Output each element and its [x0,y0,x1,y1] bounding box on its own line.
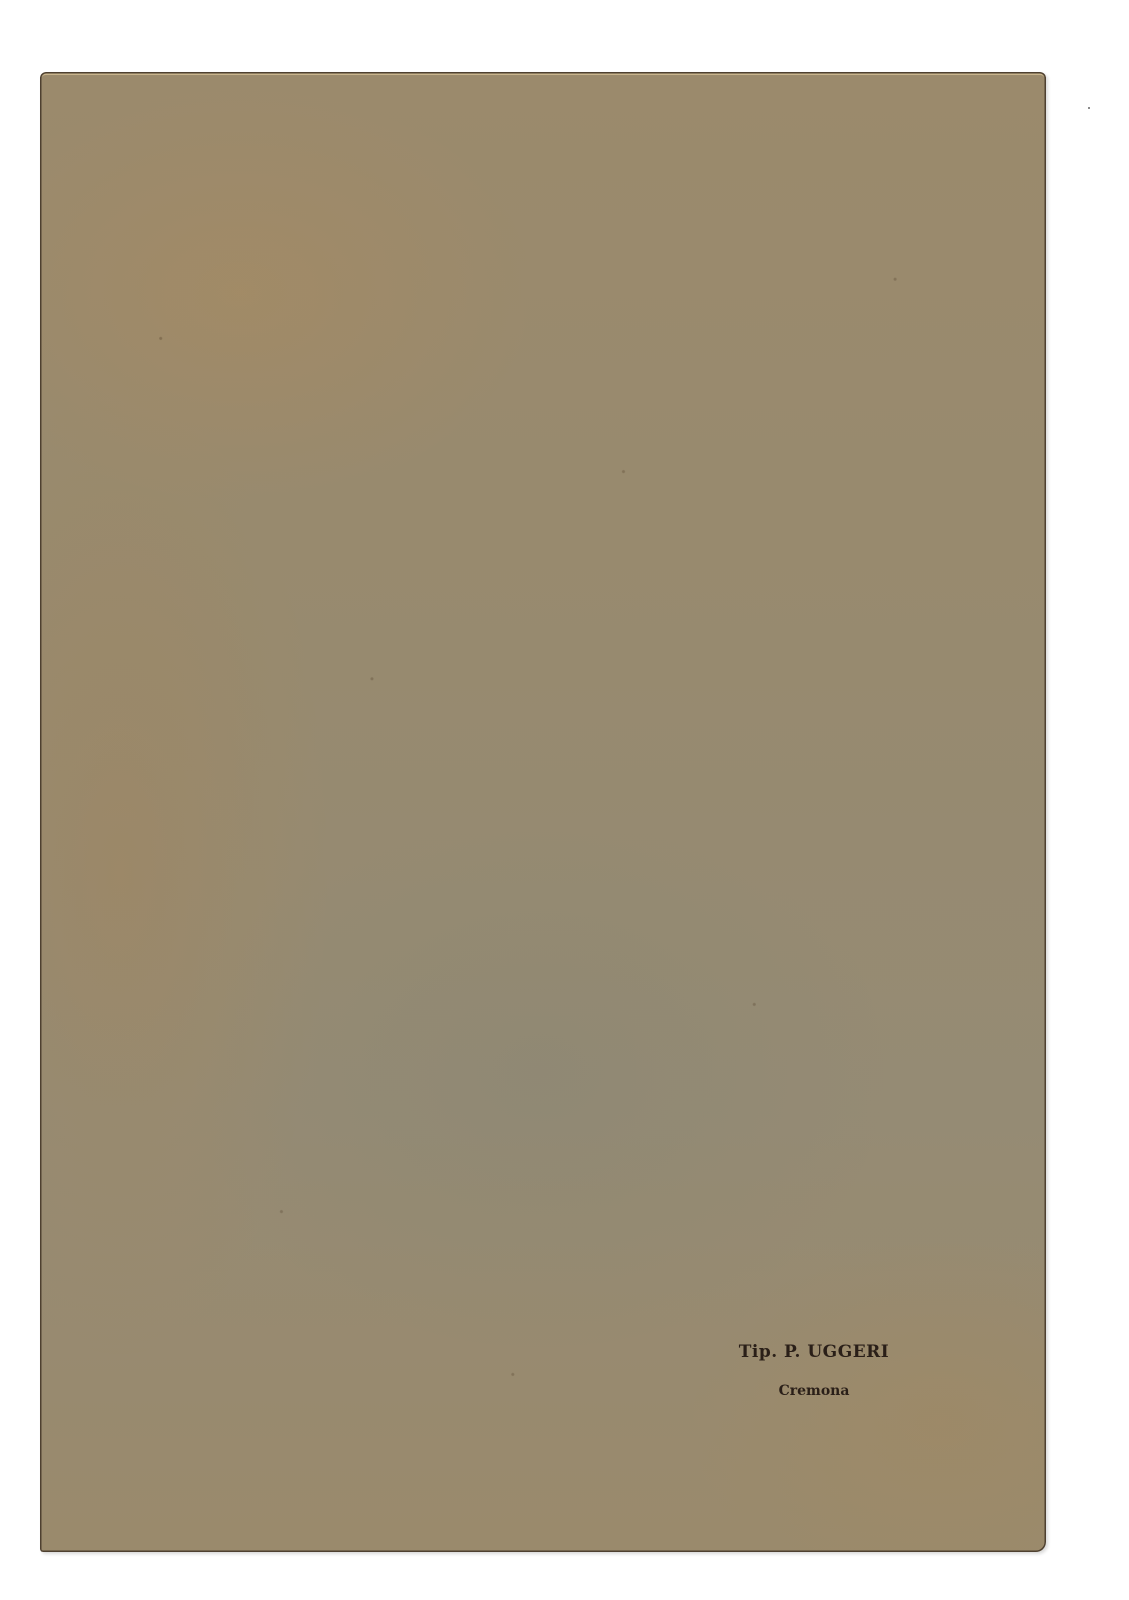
dust-speck [1088,107,1090,109]
printer-imprint: Tip. P. UGGERI Cremona [700,1340,928,1401]
printer-name: Tip. P. UGGERI [700,1340,928,1364]
printer-city: Cremona [700,1381,928,1401]
back-cover-page: Tip. P. UGGERI Cremona [40,72,1046,1552]
